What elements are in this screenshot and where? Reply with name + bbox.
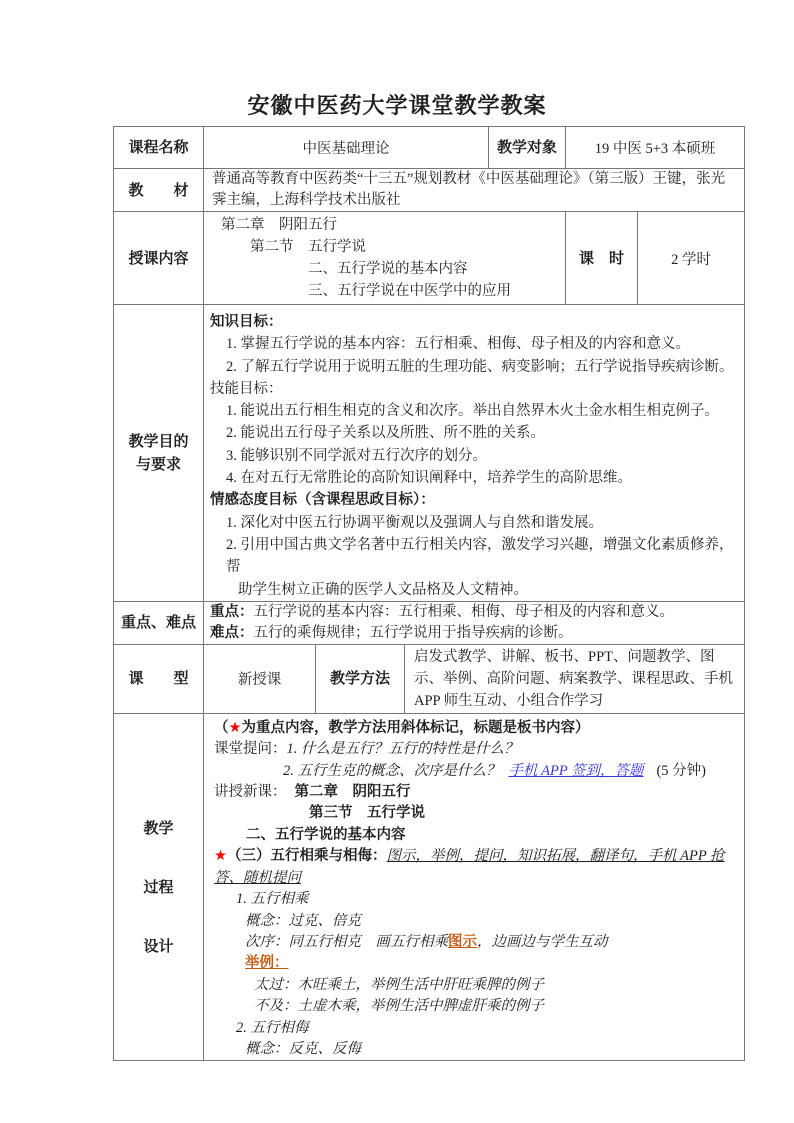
skill-goal-item: 2. 能说出五行母子关系以及所胜、所不胜的关系。 — [226, 422, 736, 444]
note-paren: （ — [214, 720, 229, 736]
teaching-method-label: 教学方法 — [316, 644, 405, 713]
process-label-line: 过程 — [143, 876, 173, 899]
new-lesson-line: 讲授新课：第二章 阴阳五行 — [214, 782, 736, 803]
diagram-highlight: 图示 — [448, 934, 477, 950]
difficult-point-text: 五行的乘侮规律；五行学说用于指导疾病的诊断。 — [254, 625, 573, 641]
key-points-row: 重点、难点 重点：五行学说的基本内容：五行相乘、相侮、母子相及的内容和意义。 难… — [114, 601, 745, 644]
lesson-plan-table: 课程名称 中医基础理论 教学对象 19 中医 5+3 本硕班 教 材 普通高等教… — [113, 126, 745, 1061]
example-heading-line: 举例： — [245, 953, 736, 974]
textbook-value: 普通高等教育中医药类“十三五”规划教材《中医基础理论》（第三版）王键，张光霁主编… — [204, 169, 745, 212]
objectives-label-line: 教学目的 — [114, 430, 203, 453]
app-signin-link[interactable]: 手机 APP 签到，答题 — [509, 763, 644, 779]
example-item: 太过：木旺乘土，举例生活中肝旺乘脾的例子 — [254, 975, 736, 996]
order-text: ，边画边与学生互动 — [477, 934, 608, 950]
star-icon: ★ — [214, 848, 227, 864]
note-text: 为重点内容，教学方法用斜体标记，标题是板书内容） — [242, 720, 590, 736]
knowledge-goals-header: 知识目标： — [210, 311, 736, 333]
process-label-line: 设计 — [143, 935, 173, 958]
knowledge-goal-item: 2. 了解五行学说用于说明五脏的生理功能、病变影响；五行学说指导疾病诊断。 — [226, 356, 736, 378]
lecture-content-line: 第二章 阴阳五行 — [221, 214, 559, 236]
lecture-content-line: 三、五行学说在中医学中的应用 — [308, 280, 559, 302]
course-type-row: 课 型 新授课 教学方法 启发式教学、讲解、板书、PPT、问题教学、图示、举例、… — [114, 644, 745, 713]
lecture-content-value: 第二章 阴阳五行 第二节 五行学说 二、五行学说的基本内容 三、五行学说在中医学… — [204, 212, 566, 305]
course-type-label: 课 型 — [114, 644, 204, 713]
classroom-question-1: 1. 什么是五行？五行的特性是什么？ — [287, 741, 519, 757]
course-name-label: 课程名称 — [114, 127, 204, 169]
textbook-row: 教 材 普通高等教育中医药类“十三五”规划教材《中医基础理论》（第三版）王键，张… — [114, 169, 745, 212]
lecture-content-line: 二、五行学说的基本内容 — [308, 258, 559, 280]
difficult-point-line: 难点：五行的乘侮规律；五行学说用于指导疾病的诊断。 — [210, 623, 738, 644]
classroom-question-line: 课堂提问：1. 什么是五行？五行的特性是什么？ — [214, 739, 736, 760]
key-point-prefix: 重点： — [210, 604, 254, 620]
skill-goal-item: 3. 能够识别不同学派对五行次序的划分。 — [226, 445, 736, 467]
skill-goal-item: 4. 在对五行无常胜论的高阶知识阐释中，培养学生的高阶思维。 — [226, 467, 736, 489]
section-heading: 第三节 五行学说 — [309, 803, 736, 824]
subsection-heading: 二、五行学说的基本内容 — [246, 825, 736, 846]
difficult-point-prefix: 难点： — [210, 625, 254, 641]
key-points-label: 重点、难点 — [114, 601, 204, 644]
lecture-content-row: 授课内容 第二章 阴阳五行 第二节 五行学说 二、五行学说的基本内容 三、五行学… — [114, 212, 745, 305]
audience-value: 19 中医 5+3 本硕班 — [566, 127, 745, 169]
affective-goal-item: 2. 引用中国古典文学名著中五行相关内容，激发学习兴趣，增强文化素质修养，帮 — [226, 534, 736, 579]
affective-goal-item: 1. 深化对中医五行协调平衡观以及强调人与自然和谐发展。 — [226, 512, 736, 534]
process-item-concept: 概念：过克、倍克 — [245, 911, 736, 932]
skill-goals-header: 技能目标： — [210, 378, 736, 400]
document-page: 安徽中医药大学课堂教学教案 课程名称 中医基础理论 教学对象 19 中医 5+3… — [0, 0, 794, 1123]
course-row: 课程名称 中医基础理论 教学对象 19 中医 5+3 本硕班 — [114, 127, 745, 169]
lecture-content-label: 授课内容 — [114, 212, 204, 305]
process-item-concept: 概念：反克、反侮 — [245, 1039, 736, 1060]
process-item-order: 次序：同五行相克 画五行相乘图示，边画边与学生互动 — [245, 932, 736, 953]
process-design-content: （★为重点内容，教学方法用斜体标记，标题是板书内容） 课堂提问：1. 什么是五行… — [204, 713, 745, 1061]
classroom-question-line: 2. 五行生克的概念、次序是什么？手机 APP 签到，答题(5 分钟) — [283, 761, 736, 782]
process-design-label-stack: 教学 过程 设计 — [114, 817, 203, 958]
order-text: 次序：同五行相克 画五行相乘 — [245, 934, 448, 950]
textbook-label: 教 材 — [114, 169, 204, 212]
page-title: 安徽中医药大学课堂教学教案 — [0, 93, 794, 119]
process-item-title: 1. 五行相乘 — [236, 889, 736, 910]
process-item-title: 2. 五行相侮 — [236, 1018, 736, 1039]
objectives-label-line: 与要求 — [114, 453, 203, 476]
class-hours-label: 课 时 — [566, 212, 638, 305]
teaching-process-row: 教学 过程 设计 （★为重点内容，教学方法用斜体标记，标题是板书内容） 课堂提问… — [114, 713, 745, 1061]
objectives-row: 教学目的 与要求 知识目标： 1. 掌握五行学说的基本内容：五行相乘、相侮、母子… — [114, 305, 745, 602]
key-points-content: 重点：五行学说的基本内容：五行相乘、相侮、母子相及的内容和意义。 难点：五行的乘… — [204, 601, 745, 644]
topic-heading: （三）五行相乘与相侮： — [227, 848, 387, 864]
example-highlight: 举例： — [245, 955, 289, 971]
class-hours-value: 2 学时 — [638, 212, 745, 305]
key-point-line: 重点：五行学说的基本内容：五行相乘、相侮、母子相及的内容和意义。 — [210, 602, 738, 623]
key-point-text: 五行学说的基本内容：五行相乘、相侮、母子相及的内容和意义。 — [254, 604, 675, 620]
objectives-label: 教学目的 与要求 — [114, 305, 204, 602]
star-icon: ★ — [229, 720, 242, 736]
course-type-value: 新授课 — [204, 644, 316, 713]
process-design-label: 教学 过程 设计 — [114, 713, 204, 1061]
course-name-value: 中医基础理论 — [204, 127, 489, 169]
topic-heading-line: ★（三）五行相乘与相侮：图示，举例，提问，知识拓展，翻译句，手机 APP 抢答、… — [214, 846, 736, 889]
teaching-methods-value: 启发式教学、讲解、板书、PPT、问题教学、图示、举例、高阶问题、病案教学、课程思… — [405, 644, 745, 713]
lecture-content-line: 第二节 五行学说 — [250, 236, 559, 258]
chapter-heading: 第二章 阴阳五行 — [295, 784, 411, 800]
process-legend-note: （★为重点内容，教学方法用斜体标记，标题是板书内容） — [214, 718, 736, 739]
audience-label: 教学对象 — [489, 127, 566, 169]
new-lesson-label: 讲授新课： — [214, 784, 287, 800]
affective-goals-header: 情感态度目标（含课程思政目标）： — [210, 489, 736, 511]
classroom-question-label: 课堂提问： — [214, 741, 287, 757]
affective-goal-item-continued: 助学生树立正确的医学人文品格及人文精神。 — [238, 579, 736, 601]
skill-goal-item: 1. 能说出五行相生相克的含义和次序。举出自然界木火土金水相生相克例子。 — [226, 400, 736, 422]
process-label-line: 教学 — [143, 817, 173, 840]
example-item: 不及：土虚木乘，举例生活中脾虚肝乘的例子 — [254, 996, 736, 1017]
time-allocation-note: (5 分钟) — [656, 761, 706, 782]
objectives-content: 知识目标： 1. 掌握五行学说的基本内容：五行相乘、相侮、母子相及的内容和意义。… — [204, 305, 745, 602]
knowledge-goal-item: 1. 掌握五行学说的基本内容：五行相乘、相侮、母子相及的内容和意义。 — [226, 333, 736, 355]
classroom-question-2: 2. 五行生克的概念、次序是什么？ — [283, 763, 501, 779]
